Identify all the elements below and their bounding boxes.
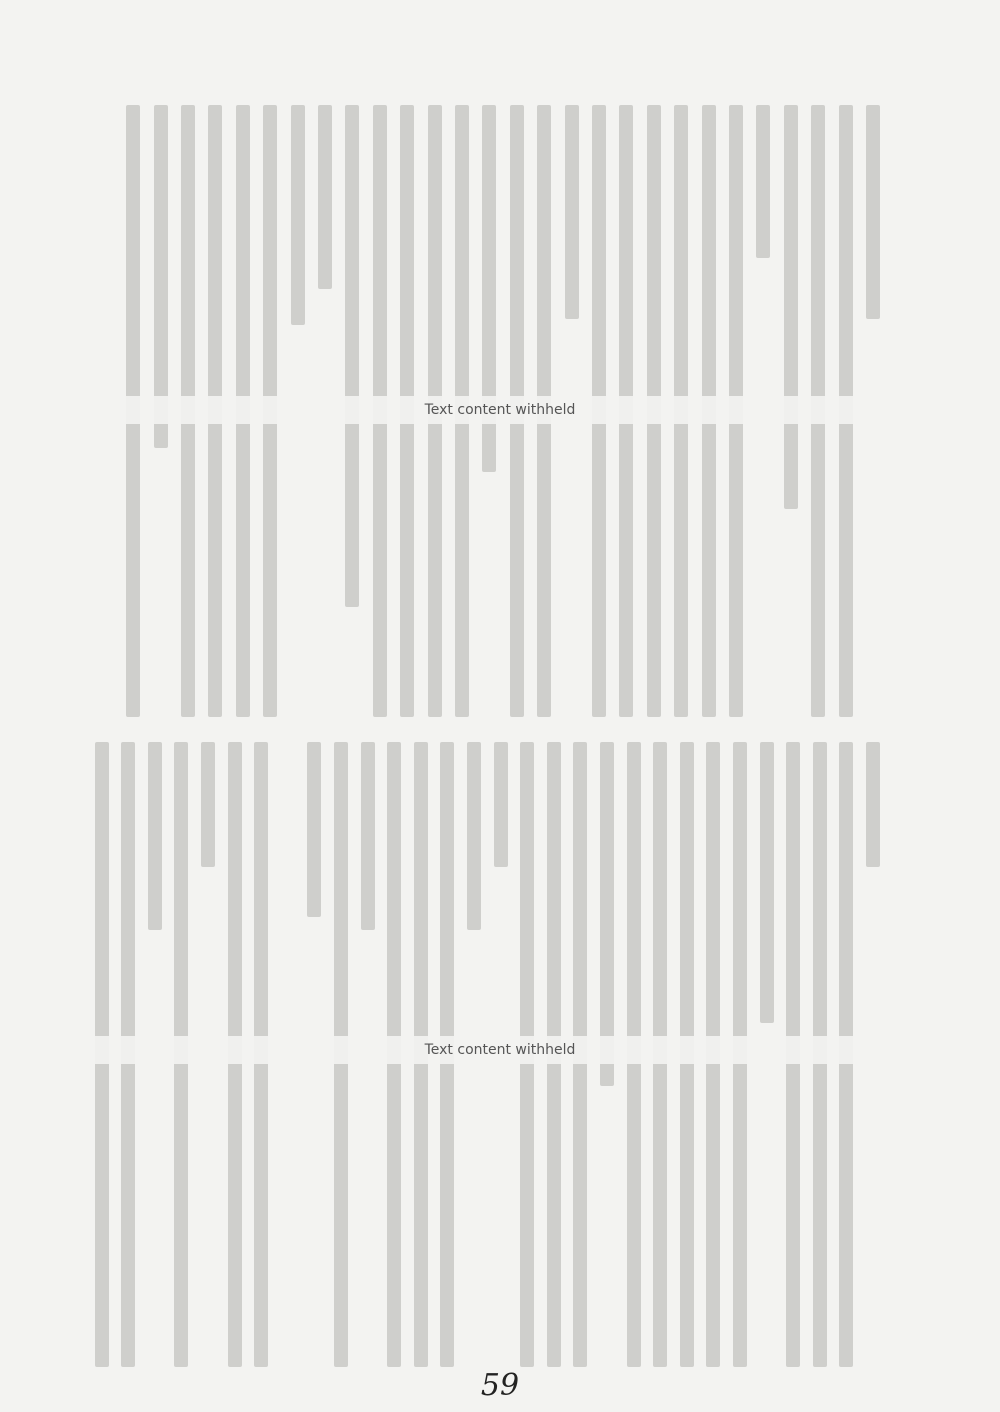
redacted-text-line (866, 742, 880, 867)
redacted-text-line (565, 105, 579, 319)
redacted-text-line (600, 742, 614, 1086)
redacted-text-line (345, 105, 359, 607)
redacted-text-line (784, 105, 798, 509)
redacted-text-line (148, 742, 162, 930)
redacted-text-line (361, 742, 375, 930)
redacted-text-line (201, 742, 215, 867)
redacted-text-line (494, 742, 508, 867)
redacted-text-line (307, 742, 321, 917)
redacted-text-line (760, 742, 774, 1023)
redacted-text-line (467, 742, 481, 930)
page-number: 59 (0, 1368, 1000, 1403)
redaction-notice-upper: Text content withheld (0, 396, 1000, 424)
redacted-text-line (318, 105, 332, 289)
redaction-notice-lower: Text content withheld (0, 1036, 1000, 1064)
redacted-text-line (866, 105, 880, 319)
redacted-text-line (756, 105, 770, 258)
redacted-text-line (291, 105, 305, 325)
